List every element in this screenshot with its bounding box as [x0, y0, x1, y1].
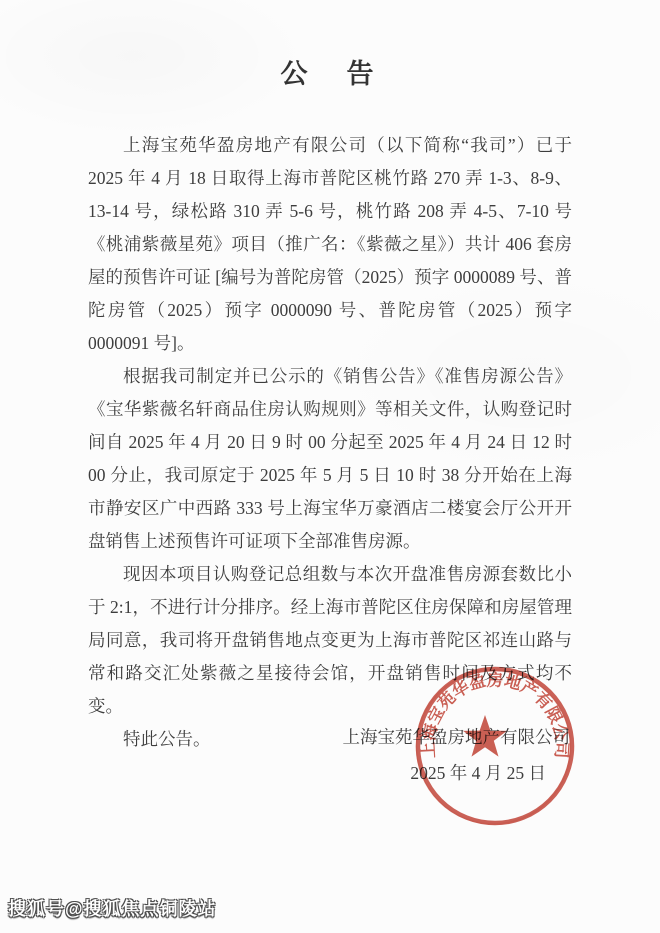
page-title: 公 告	[0, 52, 660, 91]
document-body: 上海宝苑华盈房地产有限公司（以下简称“我司”）已于 2025 年 4 月 18 …	[88, 129, 572, 756]
announcement-document: 公 告 上海宝苑华盈房地产有限公司（以下简称“我司”）已于 2025 年 4 月…	[0, 0, 660, 933]
signature-company: 上海宝苑华盈房地产有限公司	[0, 722, 660, 752]
signature-block: 上海宝苑华盈房地产有限公司 2025 年 4 月 25 日	[0, 722, 660, 788]
signature-date: 2025 年 4 月 25 日	[0, 758, 660, 788]
paragraph-venue-change: 现因本项目认购登记总组数与本次开盘准售房源套数比小于 2:1，不进行计分排序。经…	[88, 558, 572, 723]
paragraph-registration: 根据我司制定并已公示的《销售公告》《准售房源公告》《宝华紫薇名轩商品住房认购规则…	[88, 360, 572, 558]
watermark: 搜狐号@搜狐焦点铜陵站	[8, 895, 217, 921]
paragraph-license: 上海宝苑华盈房地产有限公司（以下简称“我司”）已于 2025 年 4 月 18 …	[88, 129, 572, 360]
